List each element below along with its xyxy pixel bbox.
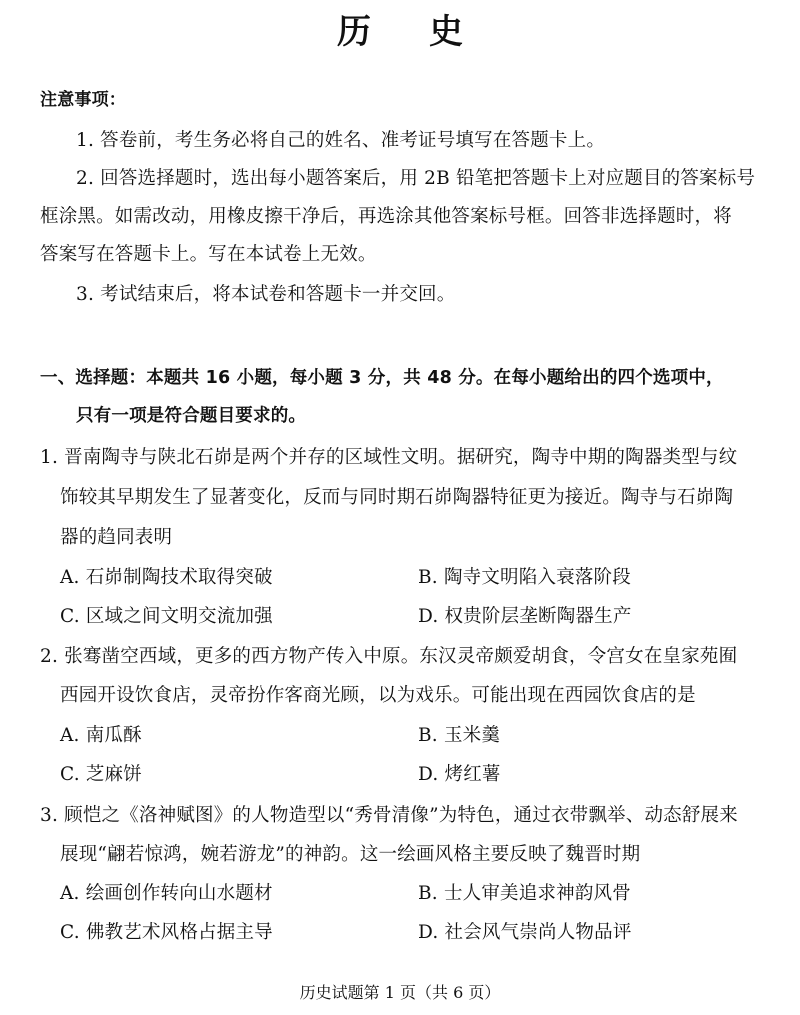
question-3-stem-line-1: 3. 顾恺之《洛神赋图》的人物造型以“秀骨清像”为特色，通过衣带飘举、动态舒展来: [40, 804, 738, 828]
question-2-stem-line-2: 西园开设饮食店，灵帝扮作客商光顾，以为戏乐。可能出现在西园饮食店的是: [60, 684, 696, 708]
notice-item-2-line-3: 答案写在答题卡上。写在本试卷上无效。: [40, 243, 377, 267]
question-2-option-d: D. 烤红薯: [418, 763, 501, 787]
notice-item-2-line-2: 框涂黑。如需改动，用橡皮擦干净后，再选涂其他答案标号框。回答非选择题时，将: [40, 205, 732, 229]
question-2-option-a: A. 南瓜酥: [60, 724, 142, 748]
question-1-stem-line-1: 1. 晋南陶寺与陕北石峁是两个并存的区域性文明。据研究，陶寺中期的陶器类型与纹: [40, 446, 737, 470]
question-1-option-b: B. 陶寺文明陷入衰落阶段: [418, 566, 631, 590]
section-heading-line-2: 只有一项是符合题目要求的。: [76, 404, 306, 428]
question-2-stem-line-1: 2. 张骞凿空西域，更多的西方物产传入中原。东汉灵帝颇爱胡食，令宫女在皇家苑囿: [40, 645, 737, 669]
question-1-stem-line-2: 饰较其早期发生了显著变化，反而与同时期石峁陶器特征更为接近。陶寺与石峁陶: [60, 486, 733, 510]
notice-item-2-line-1: 2. 回答选择题时，选出每小题答案后，用 2B 铅笔把答题卡上对应题目的答案标号: [76, 167, 755, 191]
question-3-option-b: B. 士人审美追求神韵风骨: [418, 882, 631, 906]
question-1-stem-line-3: 器的趋同表明: [60, 526, 172, 550]
question-2-option-c: C. 芝麻饼: [60, 763, 142, 787]
section-heading-line-1: 一、选择题：本题共 16 小题，每小题 3 分，共 48 分。在每小题给出的四个…: [40, 366, 724, 390]
notice-item-3: 3. 考试结束后，将本试卷和答题卡一并交回。: [76, 283, 455, 307]
notice-item-1: 1. 答卷前，考生务必将自己的姓名、准考证号填写在答题卡上。: [76, 129, 605, 153]
question-3-option-a: A. 绘画创作转向山水题材: [60, 882, 273, 906]
page-footer: 历史试题第 1 页（共 6 页）: [0, 982, 800, 1004]
title-char-2: 史: [429, 12, 463, 52]
question-1-option-d: D. 权贵阶层垄断陶器生产: [418, 605, 632, 629]
question-1-option-a: A. 石峁制陶技术取得突破: [60, 566, 273, 590]
question-3-option-d: D. 社会风气崇尚人物品评: [418, 921, 632, 945]
notice-heading: 注意事项：: [40, 88, 126, 112]
title-char-1: 历: [337, 12, 371, 52]
page-title: 历史: [0, 12, 800, 52]
question-3-option-c: C. 佛教艺术风格占据主导: [60, 921, 273, 945]
question-3-stem-line-2: 展现“翩若惊鸿，婉若游龙”的神韵。这一绘画风格主要反映了魏晋时期: [60, 843, 640, 867]
question-1-option-c: C. 区域之间文明交流加强: [60, 605, 273, 629]
exam-page: 历史 注意事项： 1. 答卷前，考生务必将自己的姓名、准考证号填写在答题卡上。 …: [0, 0, 800, 1015]
question-2-option-b: B. 玉米羹: [418, 724, 500, 748]
